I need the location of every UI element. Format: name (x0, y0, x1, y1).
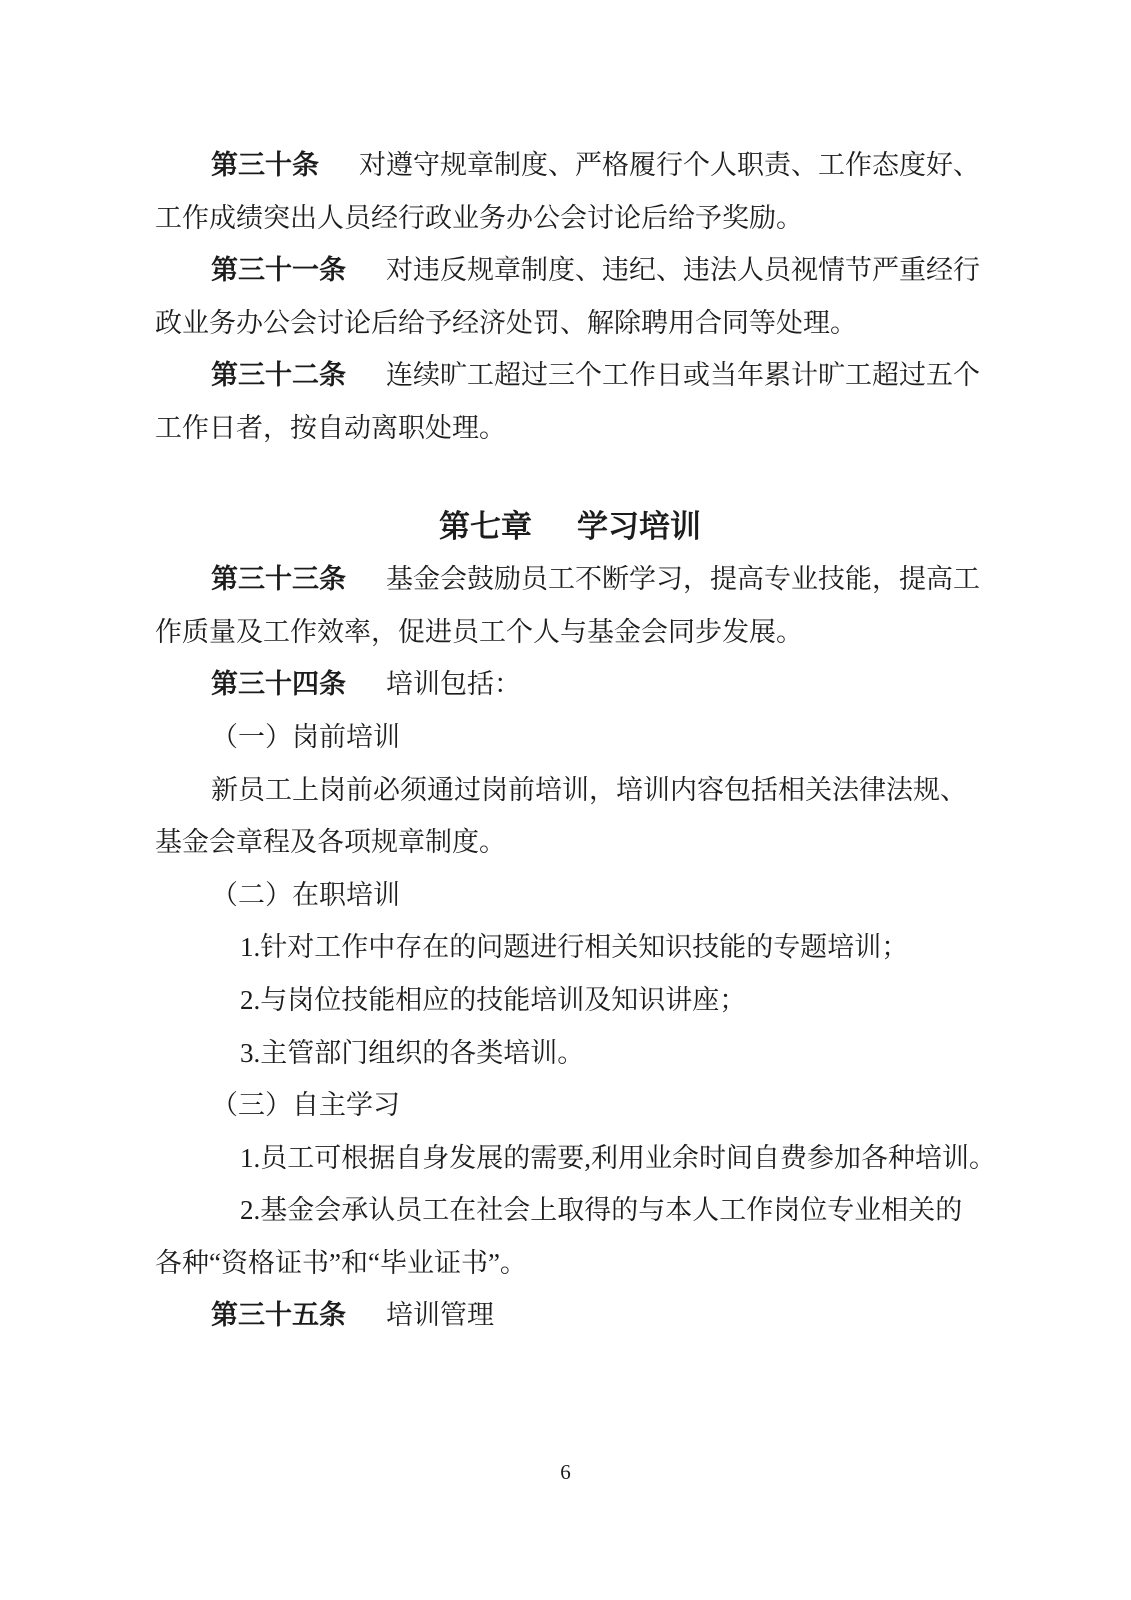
document-body: 第三十条对遵守规章制度、严格履行个人职责、工作态度好、工作成绩突出人员经行政业务… (155, 139, 985, 1342)
text-line: 1.针对工作中存在的问题进行相关知识技能的专题培训； (155, 921, 985, 974)
text-line: 第三十四条培训包括： (155, 658, 985, 711)
line-text: 对违反规章制度、违纪、违法人员视情节严重经行 (386, 255, 980, 285)
text-line: 政业务办公会讨论后给予经济处罚、解除聘用合同等处理。 (155, 297, 985, 350)
line-text: （三）自主学习 (211, 1090, 400, 1120)
line-text: 1.员工可根据自身发展的需要,利用业余时间自费参加各种培训。 (240, 1143, 996, 1173)
text-line: 3.主管部门组织的各类培训。 (155, 1027, 985, 1080)
article-number: 第三十五条 (211, 1300, 346, 1330)
article-number: 第三十二条 (211, 360, 346, 390)
line-text: 基金会鼓励员工不断学习，提高专业技能，提高工 (386, 564, 980, 594)
line-text: 2.与岗位技能相应的技能培训及知识讲座； (240, 985, 746, 1015)
text-line: 基金会章程及各项规章制度。 (155, 816, 985, 869)
article-number: 第三十条 (211, 150, 319, 180)
document-page: { "page": { "background_color": "#ffffff… (0, 0, 1131, 1600)
line-text: 政业务办公会讨论后给予经济处罚、解除聘用合同等处理。 (155, 308, 857, 338)
line-text: 培训包括： (386, 669, 521, 699)
line-text: 作质量及工作效率，促进员工个人与基金会同步发展。 (155, 617, 803, 647)
article-number: 第三十四条 (211, 669, 346, 699)
text-line: 2.与岗位技能相应的技能培训及知识讲座； (155, 974, 985, 1027)
line-text: 工作日者，按自动离职处理。 (155, 413, 506, 443)
text-line: 第三十五条培训管理 (155, 1289, 985, 1342)
blank-line (155, 455, 985, 501)
line-text: 各种“资格证书”和“毕业证书”。 (155, 1248, 527, 1278)
line-text: 基金会章程及各项规章制度。 (155, 827, 506, 857)
text-line: 1.员工可根据自身发展的需要,利用业余时间自费参加各种培训。 (155, 1132, 985, 1185)
text-line: 工作日者，按自动离职处理。 (155, 402, 985, 455)
text-line: （一）岗前培训 (155, 711, 985, 764)
text-line: 作质量及工作效率，促进员工个人与基金会同步发展。 (155, 606, 985, 659)
line-text: 1.针对工作中存在的问题进行相关知识技能的专题培训； (240, 932, 908, 962)
line-text: 3.主管部门组织的各类培训。 (240, 1038, 584, 1068)
text-line: 第三十二条连续旷工超过三个工作日或当年累计旷工超过五个 (155, 349, 985, 402)
line-text: 对遵守规章制度、严格履行个人职责、工作态度好、 (359, 150, 980, 180)
text-line: 第三十条对遵守规章制度、严格履行个人职责、工作态度好、 (155, 139, 985, 192)
page-number: 6 (0, 1460, 1131, 1485)
text-line: （二）在职培训 (155, 869, 985, 922)
text-line: 各种“资格证书”和“毕业证书”。 (155, 1237, 985, 1290)
line-text: 培训管理 (386, 1300, 494, 1330)
chapter-heading: 第七章学习培训 (155, 501, 985, 554)
line-text: 新员工上岗前必须通过岗前培训，培训内容包括相关法律法规、 (211, 775, 967, 805)
chapter-number: 第七章 (439, 509, 532, 544)
text-line: 新员工上岗前必须通过岗前培训，培训内容包括相关法律法规、 (155, 764, 985, 817)
line-text: （二）在职培训 (211, 880, 400, 910)
text-line: 2.基金会承认员工在社会上取得的与本人工作岗位专业相关的 (155, 1184, 985, 1237)
chapter-title: 学习培训 (577, 509, 701, 544)
text-line: （三）自主学习 (155, 1079, 985, 1132)
article-number: 第三十一条 (211, 255, 346, 285)
line-text: 连续旷工超过三个工作日或当年累计旷工超过五个 (386, 360, 980, 390)
text-line: 第三十三条基金会鼓励员工不断学习，提高专业技能，提高工 (155, 553, 985, 606)
text-line: 工作成绩突出人员经行政业务办公会讨论后给予奖励。 (155, 192, 985, 245)
line-text: 2.基金会承认员工在社会上取得的与本人工作岗位专业相关的 (240, 1195, 962, 1225)
line-text: （一）岗前培训 (211, 722, 400, 752)
line-text: 工作成绩突出人员经行政业务办公会讨论后给予奖励。 (155, 203, 803, 233)
article-number: 第三十三条 (211, 564, 346, 594)
text-line: 第三十一条对违反规章制度、违纪、违法人员视情节严重经行 (155, 244, 985, 297)
